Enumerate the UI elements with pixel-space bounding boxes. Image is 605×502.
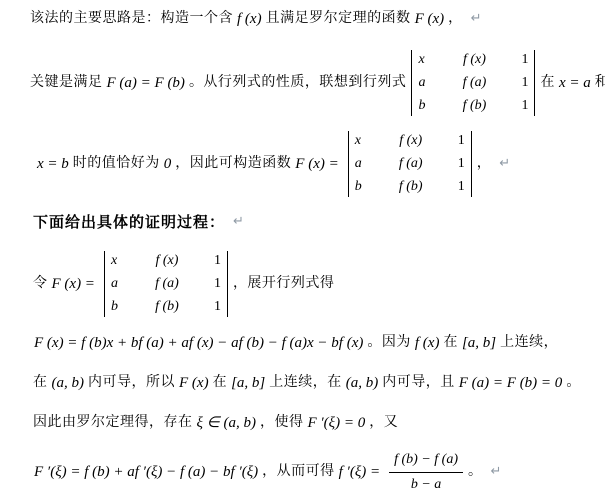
math-xi-in-interval: ξ ∈ (a, b) [197,414,256,433]
fraction-difference-quotient: f (b) − f (a) b − a [389,451,463,493]
text-run: 上连续，在 [269,374,342,392]
text-run: 在 [33,374,48,392]
text-run: ， [477,155,492,173]
math-F-equals: F (x) = [52,275,95,294]
det-cell: f (a) [141,277,193,291]
para-expanded-determinant: F (x) = f (b)x + bf (a) + af (x) − af (b… [30,330,558,356]
det-cell: 1 [451,180,465,194]
text-run: 上连续， [500,334,558,352]
text-run: ，使得 [260,414,304,432]
det-cell: f (x) [141,254,193,268]
math-f-prime-equals: f ′(ξ) = [339,463,380,482]
det-cell: 1 [514,99,528,113]
heading-text: 下面给出具体的证明过程： [33,213,225,232]
paragraph-mark-icon: ↵ [233,214,244,230]
text-run: 关键是满足 [30,74,103,92]
text-run: 且满足罗尔定理的函数 [266,10,411,28]
det-cell: f (x) [385,134,437,148]
text-run: 在 [540,74,555,92]
para-value-zero: x = b 时的值恰好为 0 ，因此可构造函数 F (x) = x f (x) … [33,126,510,202]
det-cell: f (a) [385,157,437,171]
math-f-of-x: f (x) [237,10,262,29]
math-F-of-x: F (x) [415,10,445,29]
math-Fa-equals-Fb: F (a) = F (b) [107,74,185,93]
det-cell: 1 [514,53,528,67]
fraction-denominator: b − a [411,473,441,494]
det-cell: f (b) [448,99,500,113]
text-run: 。 [566,374,581,392]
det-cell: x [355,134,371,148]
text-run: ，从而可得 [262,463,335,481]
text-run: 。因为 [367,334,411,352]
math-zero: 0 [164,155,172,174]
determinant-3x3: x f (x) 1 a f (a) 1 b f (b) 1 [411,50,535,116]
det-cell: a [355,157,371,171]
text-run: 。从行列式的性质，联想到行列式 [189,74,407,92]
text-run: 时的值恰好为 [73,155,160,173]
det-cell: 1 [451,157,465,171]
para-let-F: 令 F (x) = x f (x) 1 a f (a) 1 b f (b) 1 … [33,246,334,322]
text-run: 内可导，且 [382,374,455,392]
math-open-interval: (a, b) [52,374,85,393]
det-cell: x [111,254,127,268]
document-page: 该法的主要思路是：构造一个含 f (x) 且满足罗尔定理的函数 F (x) ， … [0,0,605,502]
text-run: 因此由罗尔定理得，存在 [33,414,193,432]
math-F-prime-expansion: F ′(ξ) = f (b) + af ′(ξ) − f (a) − bf ′(… [34,463,258,482]
det-cell: 1 [207,300,221,314]
det-cell: b [355,180,371,194]
det-cell: f (a) [448,76,500,90]
math-closed-interval: [a, b] [231,374,265,393]
paragraph-mark-icon: ↵ [499,156,510,172]
heading-proof-process: 下面给出具体的证明过程： ↵ [33,210,244,234]
det-cell: a [418,76,434,90]
text-run: ，又 [369,414,398,432]
text-run: 令 [33,275,48,293]
paragraph-mark-icon: ↵ [491,464,502,480]
text-run: 该法的主要思路是：构造一个含 [30,10,233,28]
det-cell: x [418,53,434,67]
text-run: ， [448,10,463,28]
text-run: 在 [443,334,458,352]
para-conclusion: F ′(ξ) = f (b) + af ′(ξ) − f (a) − bf ′(… [30,444,501,500]
text-run: 在 [213,374,228,392]
det-cell: b [418,99,434,113]
para-key-condition: 关键是满足 F (a) = F (b) 。从行列式的性质，联想到行列式 x f … [30,46,605,120]
math-f-of-x: f (x) [415,334,440,353]
det-cell: f (x) [448,53,500,67]
text-run: 。 [468,463,483,481]
text-run: ，展开行列式得 [233,275,335,293]
det-cell: 1 [207,277,221,291]
det-cell: 1 [207,254,221,268]
text-run: ，因此可构造函数 [175,155,291,173]
det-cell: f (b) [141,300,193,314]
det-cell: f (b) [385,180,437,194]
text-run: 内可导，所以 [88,374,175,392]
para-continuity: 在 (a, b) 内可导，所以 F (x) 在 [a, b] 上连续，在 (a,… [33,370,581,396]
fraction-numerator: f (b) − f (a) [389,451,463,473]
det-cell: b [111,300,127,314]
math-expansion: F (x) = f (b)x + bf (a) + af (x) − af (b… [34,334,363,353]
math-F-prime-zero: F ′(ξ) = 0 [307,414,365,433]
paragraph-mark-icon: ↵ [471,11,482,27]
text-run: 和 [595,74,605,92]
math-F-of-x: F (x) [179,374,209,393]
math-x-equals-a: x = a [559,74,591,93]
det-cell: 1 [514,76,528,90]
determinant-3x3: x f (x) 1 a f (a) 1 b f (b) 1 [104,251,228,317]
math-open-interval: (a, b) [346,374,379,393]
determinant-3x3: x f (x) 1 a f (a) 1 b f (b) 1 [348,131,472,197]
math-x-equals-b: x = b [37,155,69,174]
det-cell: a [111,277,127,291]
math-closed-interval: [a, b] [462,334,496,353]
math-Fa-Fb-zero: F (a) = F (b) = 0 [459,374,563,393]
para-method-idea: 该法的主要思路是：构造一个含 f (x) 且满足罗尔定理的函数 F (x) ， … [30,6,482,32]
math-F-equals: F (x) = [295,155,338,174]
det-cell: 1 [451,134,465,148]
para-rolle-theorem: 因此由罗尔定理得，存在 ξ ∈ (a, b) ，使得 F ′(ξ) = 0 ，又 [33,410,398,436]
